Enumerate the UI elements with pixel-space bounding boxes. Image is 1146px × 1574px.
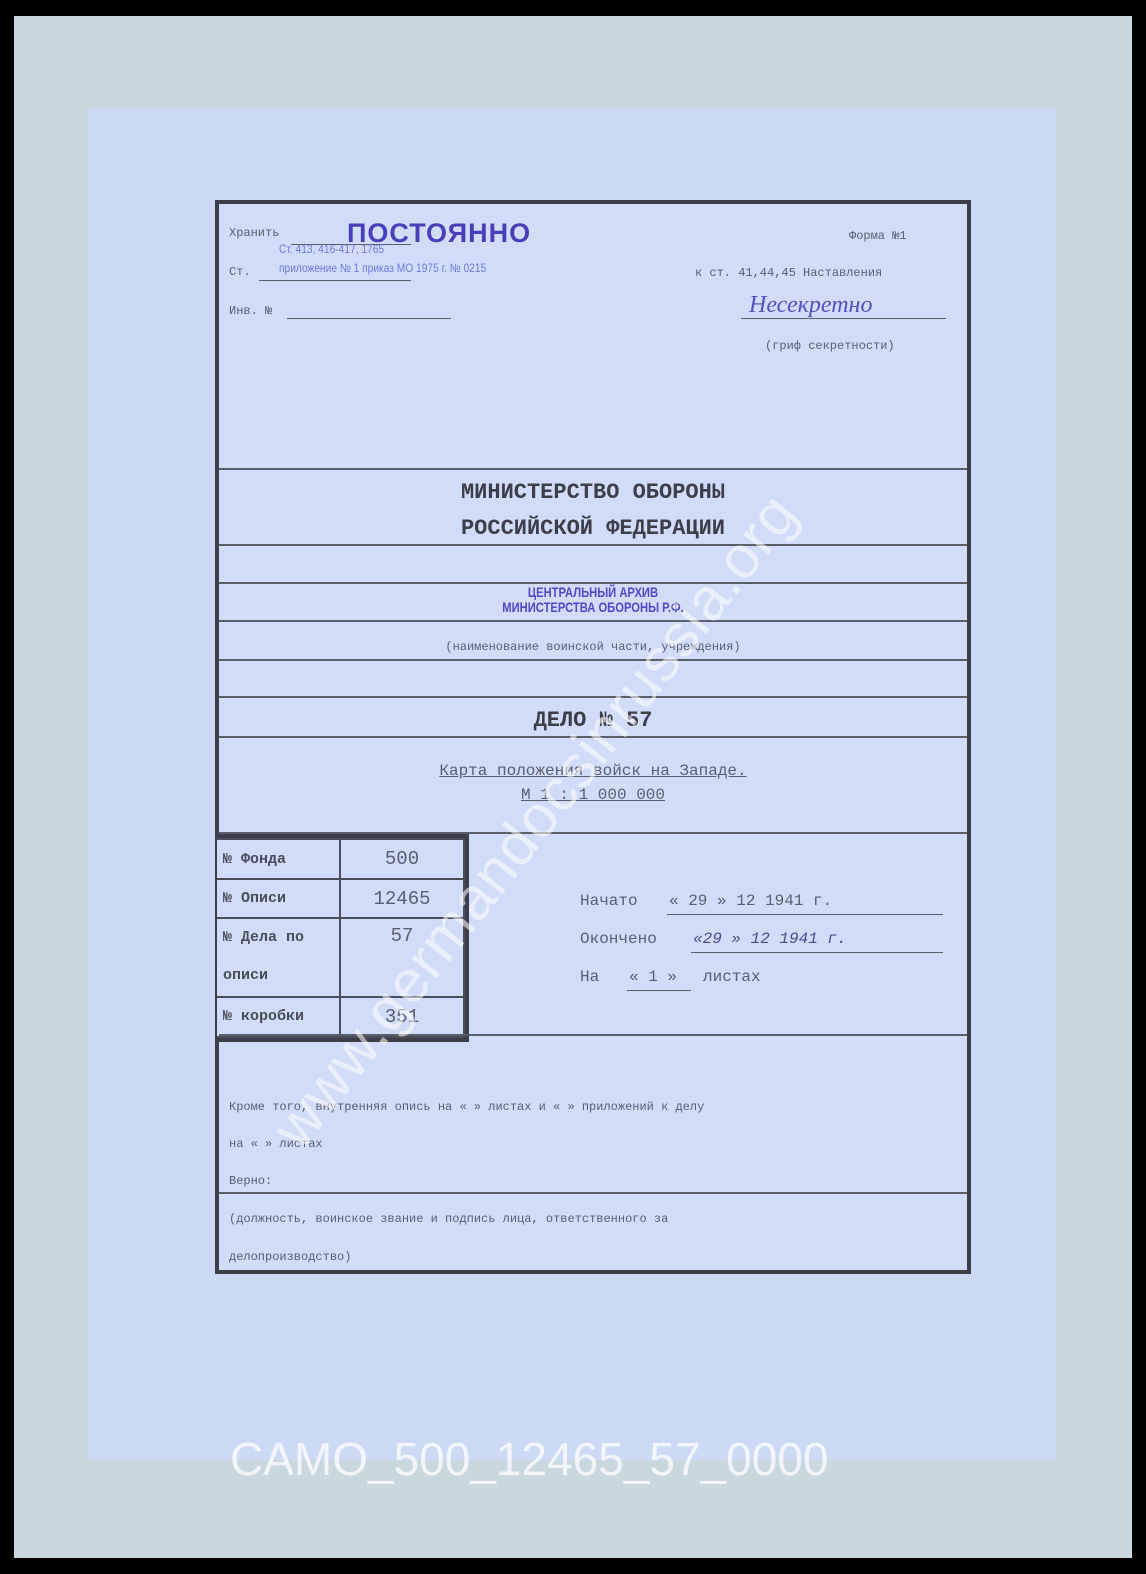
stamp-article-line: Ст. 413, 416-417, 1765	[279, 242, 384, 256]
table-row: № Фонда 500	[217, 839, 464, 879]
divider	[219, 468, 967, 470]
unit-caption: (наименование воинской части, учреждения…	[219, 640, 967, 654]
ministry-line-1: МИНИСТЕРСТВО ОБОРОНЫ	[219, 480, 967, 505]
inventory-underline	[287, 318, 451, 319]
inventory-label: Инв. №	[229, 304, 272, 318]
archive-stamp-line-1: ЦЕНТРАЛЬНЫЙ АРХИВ	[294, 584, 892, 600]
signature-caption-2: делопроизводство)	[229, 1250, 351, 1264]
instruction-reference: к ст. 41,44,45 Наставления	[695, 266, 882, 280]
divider	[219, 1192, 967, 1194]
divider	[219, 659, 967, 661]
signature-caption-1: (должность, воинское звание и подпись ли…	[229, 1212, 668, 1226]
started-underline	[667, 914, 943, 915]
opis-label: № Описи	[217, 879, 340, 917]
fond-value: 500	[340, 839, 464, 879]
article-label: Ст.	[229, 265, 251, 279]
ministry-line-2: РОССИЙСКОЙ ФЕДЕРАЦИИ	[219, 516, 967, 541]
stamp-order-line: приложение № 1 приказ МО 1975 г. № 0215	[279, 261, 486, 275]
keep-label: Хранить	[229, 226, 279, 240]
secrecy-handwritten: Несекретно	[749, 292, 872, 319]
started-label: Начато	[580, 892, 638, 910]
delo-label: № Дела по описи	[217, 918, 340, 997]
sheets-underline	[627, 990, 691, 991]
ended-value: «29 » 12 1941 г.	[693, 930, 847, 948]
divider	[219, 620, 967, 622]
sheets-suffix: листах	[703, 968, 761, 986]
secrecy-underline	[741, 318, 946, 319]
started-value: « 29 » 12 1941 г.	[669, 892, 832, 910]
box-label: № коробки	[217, 997, 340, 1037]
ended-label: Окончено	[580, 930, 657, 948]
archive-stamp-line-2: МИНИСТЕРСТВА ОБОРОНЫ Р.Ф.	[294, 599, 892, 615]
form-number: Форма №1	[849, 229, 907, 243]
verified-label: Верно:	[229, 1174, 272, 1188]
ended-underline	[691, 952, 943, 953]
secrecy-caption: (гриф секретности)	[765, 339, 895, 353]
article-underline	[259, 280, 411, 281]
fond-label: № Фонда	[217, 839, 340, 879]
sheets-value: « 1 »	[629, 968, 677, 986]
sheets-label: На	[580, 968, 599, 986]
divider	[219, 544, 967, 546]
file-code-overlay: CAMO_500_12465_57_0000	[230, 1432, 829, 1486]
